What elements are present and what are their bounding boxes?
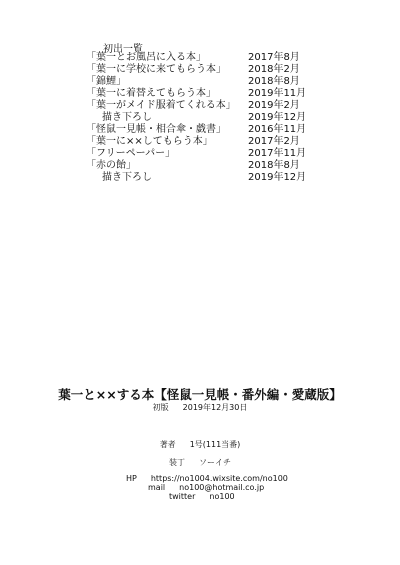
design-label: 装丁 xyxy=(169,458,185,467)
designer-name: ソーイチ xyxy=(199,458,231,467)
contact-info: HPhttps://no1004.wixsite.com/no100 mailn… xyxy=(126,474,288,501)
toc-row: 「葉一がメイド服着てくれる本」2019年2月 xyxy=(86,100,316,112)
twitter-label: twitter xyxy=(169,492,195,501)
toc-date: 2018年8月 xyxy=(248,76,300,88)
toc-row: 「フリーペーパー」2017年11月 xyxy=(86,148,316,160)
toc-date: 2016年11月 xyxy=(248,124,306,136)
twitter-line: twitterno100 xyxy=(126,492,288,501)
toc-work-title: 描き下ろし xyxy=(102,112,152,124)
toc-work-title: 「フリーペーパー」 xyxy=(86,148,175,160)
toc-row: 「葉一に××してもらう本」2017年2月 xyxy=(86,136,316,148)
toc-date: 2018年8月 xyxy=(248,160,300,172)
hp-label: HP xyxy=(126,474,137,483)
toc-work-title: 描き下ろし xyxy=(102,172,152,184)
author-label: 著者 xyxy=(160,440,176,449)
toc-date: 2019年2月 xyxy=(248,100,300,112)
design-line: 装丁ソーイチ xyxy=(0,457,400,468)
mail-address: no100@hotmail.co.jp xyxy=(179,483,264,492)
twitter-handle: no100 xyxy=(209,492,234,501)
toc-row: 「葉一とお風呂に入る本」2017年8月 xyxy=(86,52,316,64)
mail-label: mail xyxy=(148,483,165,492)
toc-date: 2017年8月 xyxy=(248,52,300,64)
toc-work-title: 「葉一に学校に来てもらう本」 xyxy=(86,64,226,76)
first-appearance-list: 「葉一とお風呂に入る本」2017年8月 「葉一に学校に来てもらう本」2018年2… xyxy=(86,52,316,184)
toc-date: 2019年12月 xyxy=(248,112,306,124)
edition-line: 初版2019年12月30日 xyxy=(0,402,400,413)
toc-row: 「錦鯉」2018年8月 xyxy=(86,76,316,88)
toc-row: 描き下ろし2019年12月 xyxy=(86,172,316,184)
toc-date: 2017年11月 xyxy=(248,148,306,160)
toc-row: 描き下ろし2019年12月 xyxy=(86,112,316,124)
toc-work-title: 「葉一がメイド服着てくれる本」 xyxy=(86,100,236,112)
edition-date: 2019年12月30日 xyxy=(183,403,248,412)
toc-row: 「葉一に着替えてもらう本」2019年11月 xyxy=(86,88,316,100)
toc-work-title: 「葉一に着替えてもらう本」 xyxy=(86,88,216,100)
book-title: 葉一と××する本【怪鼠一見帳・番外編・愛蔵版】 xyxy=(0,385,400,403)
toc-work-title: 「葉一とお風呂に入る本」 xyxy=(86,52,206,64)
hp-line: HPhttps://no1004.wixsite.com/no100 xyxy=(126,474,288,483)
toc-work-title: 「怪鼠一見帳・相合傘・戯書」 xyxy=(86,124,226,136)
toc-work-title: 「錦鯉」 xyxy=(86,76,126,88)
toc-work-title: 「赤の飴」 xyxy=(86,160,136,172)
toc-row: 「赤の飴」2018年8月 xyxy=(86,160,316,172)
toc-date: 2018年2月 xyxy=(248,64,300,76)
edition-label: 初版 xyxy=(153,403,169,412)
toc-work-title: 「葉一に××してもらう本」 xyxy=(86,136,213,148)
author-line: 著者1号(111当番) xyxy=(0,439,400,450)
toc-row: 「葉一に学校に来てもらう本」2018年2月 xyxy=(86,64,316,76)
toc-date: 2017年2月 xyxy=(248,136,300,148)
hp-url: https://no1004.wixsite.com/no100 xyxy=(151,474,288,483)
toc-date: 2019年11月 xyxy=(248,88,306,100)
toc-row: 「怪鼠一見帳・相合傘・戯書」2016年11月 xyxy=(86,124,316,136)
mail-line: mailno100@hotmail.co.jp xyxy=(126,483,288,492)
author-name: 1号(111当番) xyxy=(190,440,241,449)
toc-date: 2019年12月 xyxy=(248,172,306,184)
